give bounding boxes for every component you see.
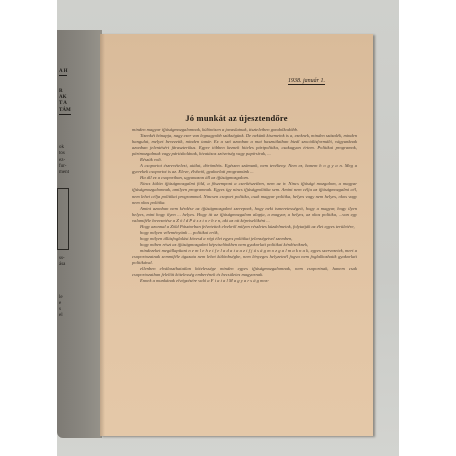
- paragraph: Amint azonban nem kérdése az ifjúságmozg…: [132, 206, 357, 224]
- left-page-cover: A H R AK T A TÁM ok tos ez- fur- ment ss…: [57, 30, 102, 438]
- left-page-fragment: tos: [59, 151, 65, 157]
- left-page-fragment: A H: [59, 69, 67, 76]
- paragraph: A csoportot észrevételezi, utálat, döröm…: [132, 163, 357, 175]
- article-title: Jó munkát az újesztendőre: [100, 113, 373, 123]
- left-page-fragment: ment: [59, 170, 69, 176]
- paragraph: ellenben elválaszthatatlan kötelessége m…: [132, 266, 357, 278]
- left-page-fragment: TÁM: [59, 108, 71, 115]
- spine-shadow: [100, 34, 105, 436]
- paragraph: Nincs külön ifjúságmozgalmi föld, a fősz…: [132, 181, 357, 205]
- left-page-boxed-section: [57, 188, 69, 250]
- left-page-fragment: ása: [59, 262, 65, 268]
- left-page-fragment: T A: [59, 101, 67, 107]
- left-page-fragment: el: [59, 313, 63, 319]
- paragraph: Hogy azonnal a Zöld Pásztorban felvetett…: [132, 224, 357, 230]
- article-body: minden magyar ifjúságmozgalomnak, különö…: [132, 127, 357, 284]
- issue-date: 1938. január 1.: [288, 78, 325, 85]
- paragraph: Ennek a munkának elvégzésére való a F i …: [132, 278, 357, 284]
- paragraph: Tizenkét hónapja, nagy ezer van legnagyo…: [132, 133, 357, 157]
- paragraph: mindezeket megállapítani n e m l e h e t…: [132, 248, 357, 266]
